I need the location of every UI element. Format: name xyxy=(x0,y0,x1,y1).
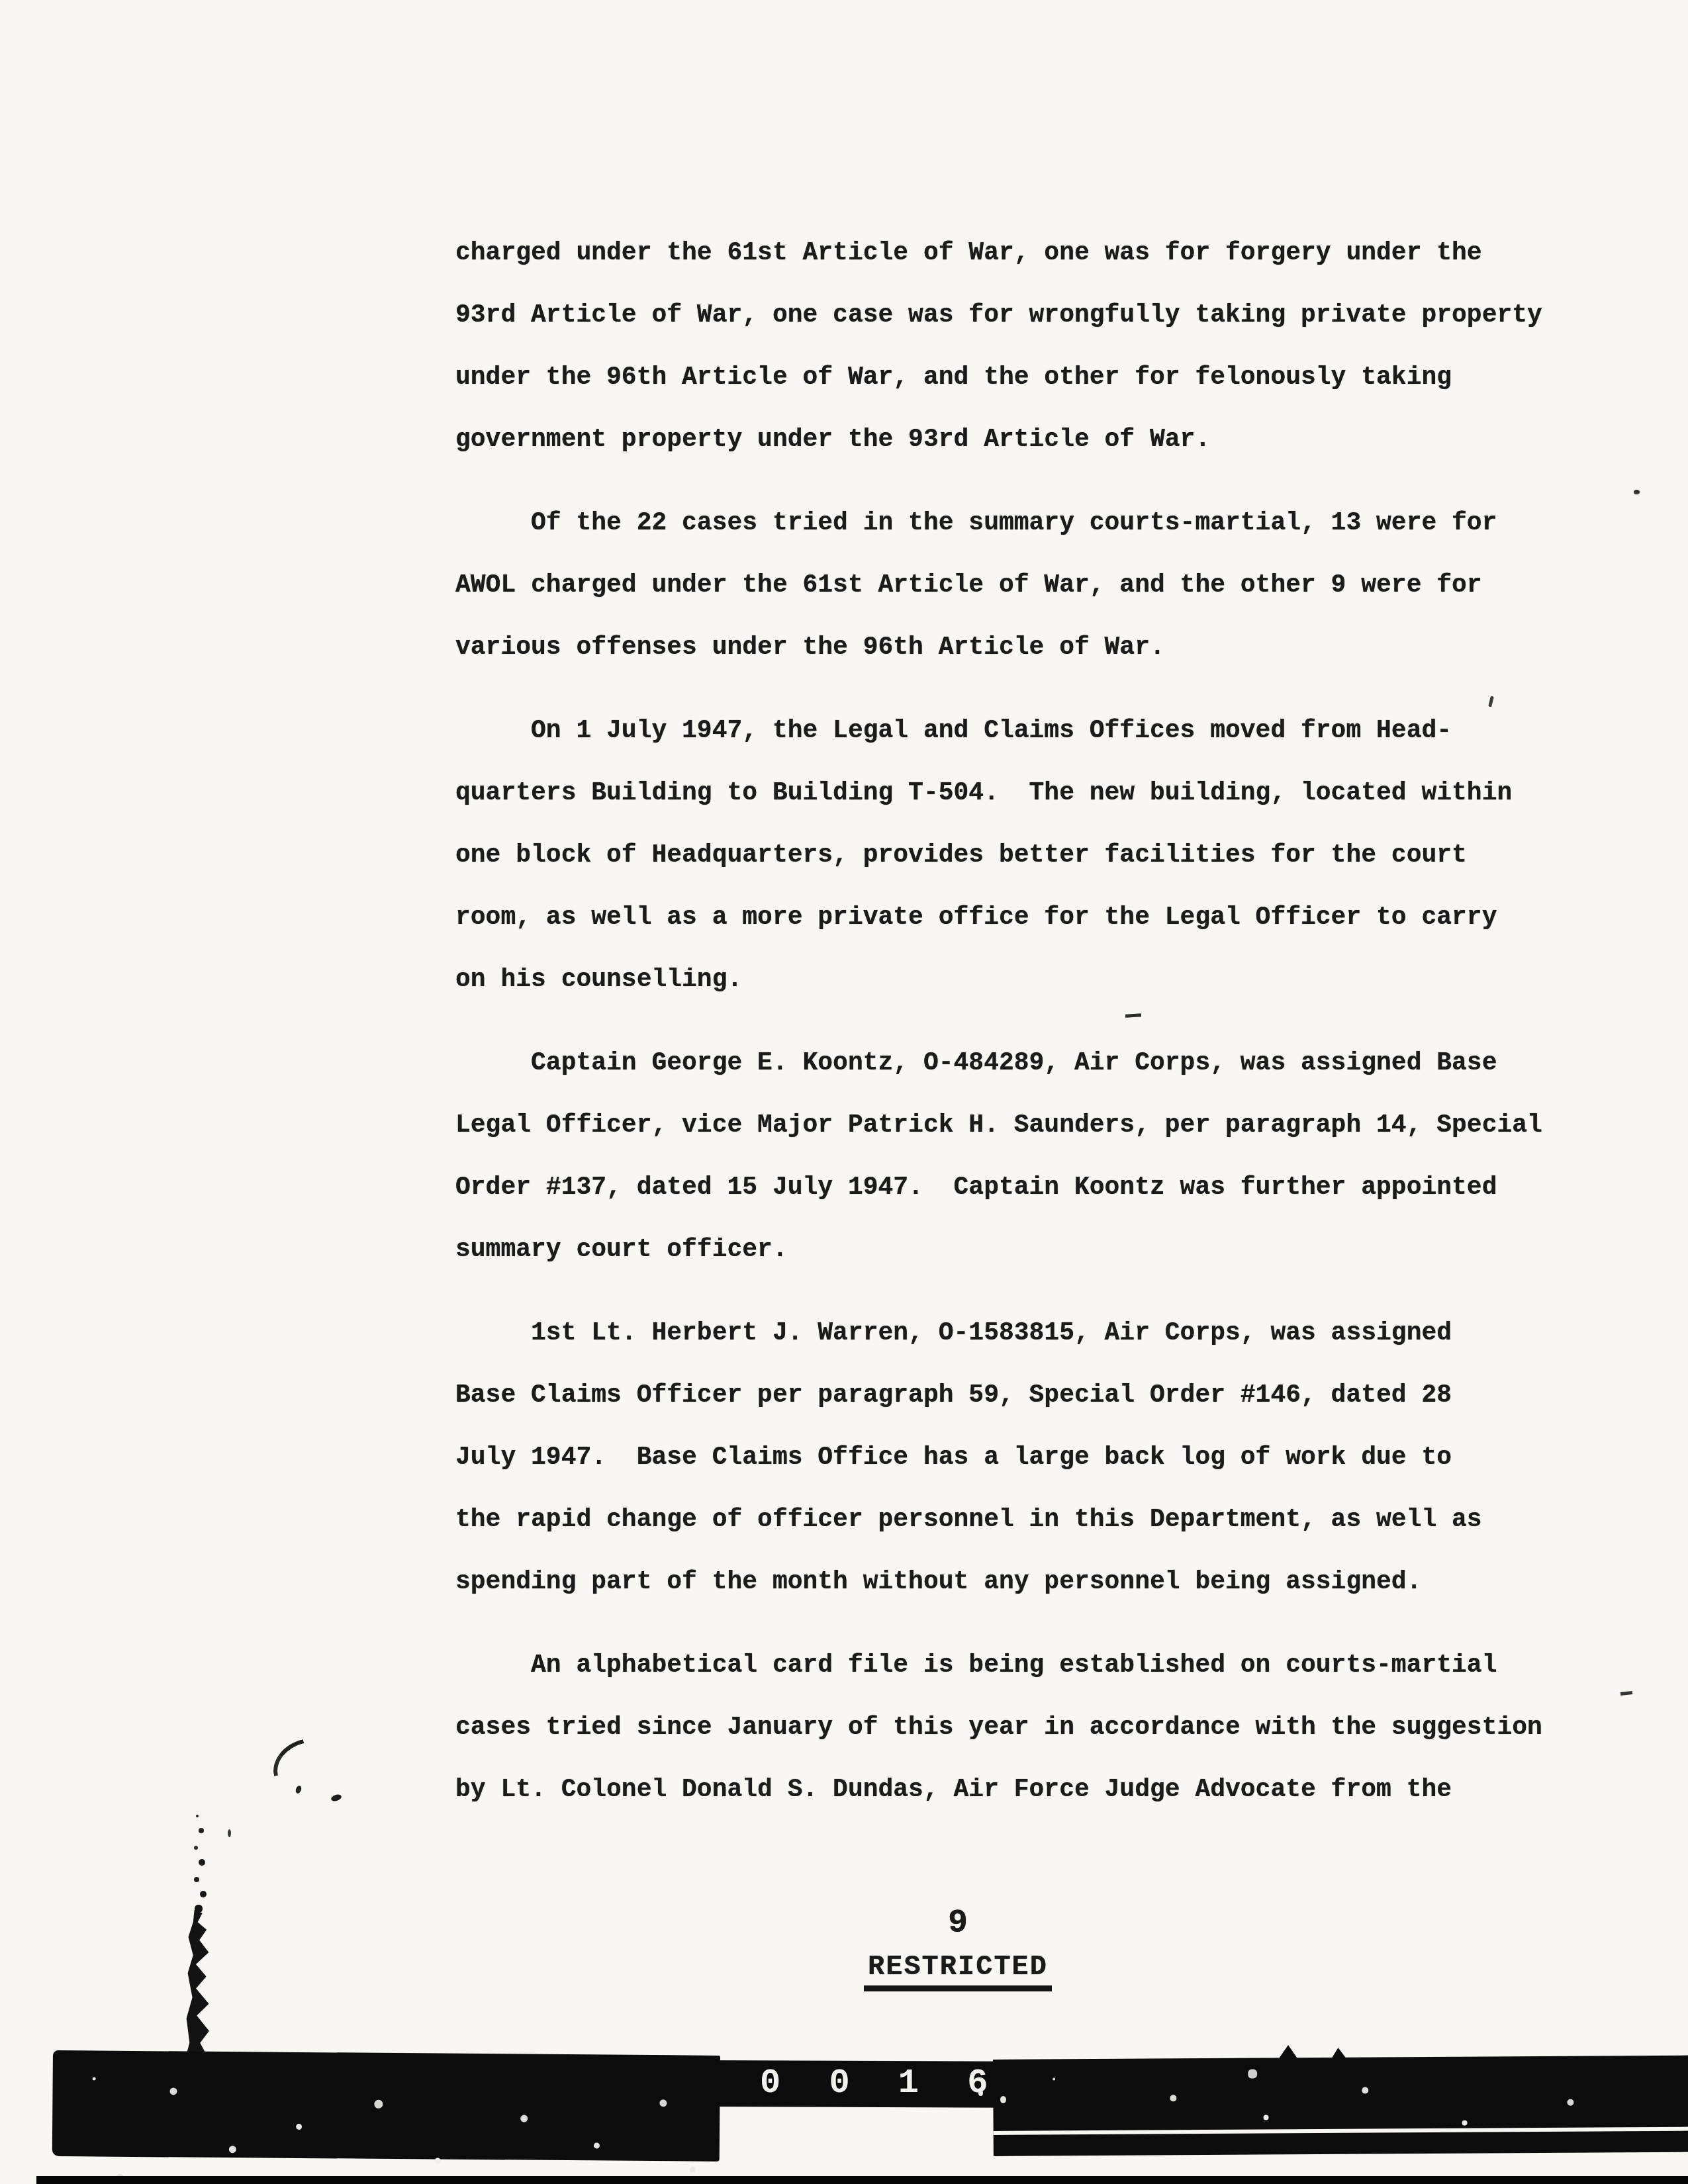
text-line: Of the 22 cases tried in the summary cou… xyxy=(455,492,1568,555)
text-line: AWOL charged under the 61st Article of W… xyxy=(455,555,1568,617)
scanner-edge-strip xyxy=(36,2176,1688,2184)
text-line: Order #137, dated 15 July 1947. Captain … xyxy=(455,1157,1568,1219)
smudge-column xyxy=(185,1910,212,2062)
text-line: the rapid change of officer personnel in… xyxy=(455,1489,1568,1551)
text-line: cases tried since January of this year i… xyxy=(455,1697,1568,1759)
ink-speck xyxy=(1634,490,1640,494)
ink-speck xyxy=(330,1794,342,1803)
stray-dash-mark xyxy=(1620,1691,1632,1696)
text-line: government property under the 93rd Artic… xyxy=(455,409,1568,471)
text-line: charged under the 61st Article of War, o… xyxy=(455,222,1568,285)
pencil-mark xyxy=(267,1739,310,1776)
text-line: by Lt. Colonel Donald S. Dundas, Air For… xyxy=(455,1759,1568,1821)
scanner-bar-left xyxy=(52,2050,720,2161)
white-scratch-line xyxy=(994,2127,1688,2135)
paragraph: An alphabetical card file is being estab… xyxy=(455,1635,1568,1821)
text-line: 1st Lt. Herbert J. Warren, O-1583815, Ai… xyxy=(455,1302,1568,1365)
scanned-document-page: charged under the 61st Article of War, o… xyxy=(0,0,1688,2184)
paragraph: Of the 22 cases tried in the summary cou… xyxy=(455,492,1568,679)
document-body: charged under the 61st Article of War, o… xyxy=(455,222,1568,1821)
text-line: on his counselling. xyxy=(455,949,1568,1011)
text-line: spending part of the month without any p… xyxy=(455,1551,1568,1614)
text-line: July 1947. Base Claims Office has a larg… xyxy=(455,1427,1568,1489)
paragraph: charged under the 61st Article of War, o… xyxy=(455,222,1568,471)
text-line: 93rd Article of War, one case was for wr… xyxy=(455,285,1568,347)
text-line: room, as well as a more private office f… xyxy=(455,887,1568,949)
text-line: one block of Headquarters, provides bett… xyxy=(455,825,1568,887)
paragraph: 1st Lt. Herbert J. Warren, O-1583815, Ai… xyxy=(455,1302,1568,1614)
classification-marking: RESTRICTED xyxy=(864,1951,1052,1991)
scanner-bar-bump xyxy=(1329,2048,1349,2062)
text-line: Base Claims Officer per paragraph 59, Sp… xyxy=(455,1365,1568,1427)
page-number: 9 xyxy=(948,1905,968,1942)
text-line: On 1 July 1947, the Legal and Claims Off… xyxy=(455,700,1568,762)
text-line: quarters Building to Building T-504. The… xyxy=(455,762,1568,825)
text-line: summary court officer. xyxy=(455,1219,1568,1281)
ink-speck xyxy=(295,1785,303,1794)
text-line: An alphabetical card file is being estab… xyxy=(455,1635,1568,1697)
text-line: under the 96th Article of War, and the o… xyxy=(455,347,1568,409)
paragraph: Captain George E. Koontz, O-484289, Air … xyxy=(455,1032,1568,1281)
text-line: Legal Officer, vice Major Patrick H. Sau… xyxy=(455,1095,1568,1157)
text-line: Captain George E. Koontz, O-484289, Air … xyxy=(455,1032,1568,1095)
scanner-bar-right xyxy=(993,2056,1688,2156)
paragraph: On 1 July 1947, the Legal and Claims Off… xyxy=(455,700,1568,1011)
ink-speck xyxy=(228,1829,231,1837)
text-line: various offenses under the 96th Article … xyxy=(455,617,1568,679)
serial-number-stamp: 0 0 1 6 xyxy=(760,2064,994,2103)
scanner-bar-bump xyxy=(1276,2045,1300,2062)
smudge-speckle-trail xyxy=(196,1815,199,1817)
stamp-speck xyxy=(978,2090,983,2096)
